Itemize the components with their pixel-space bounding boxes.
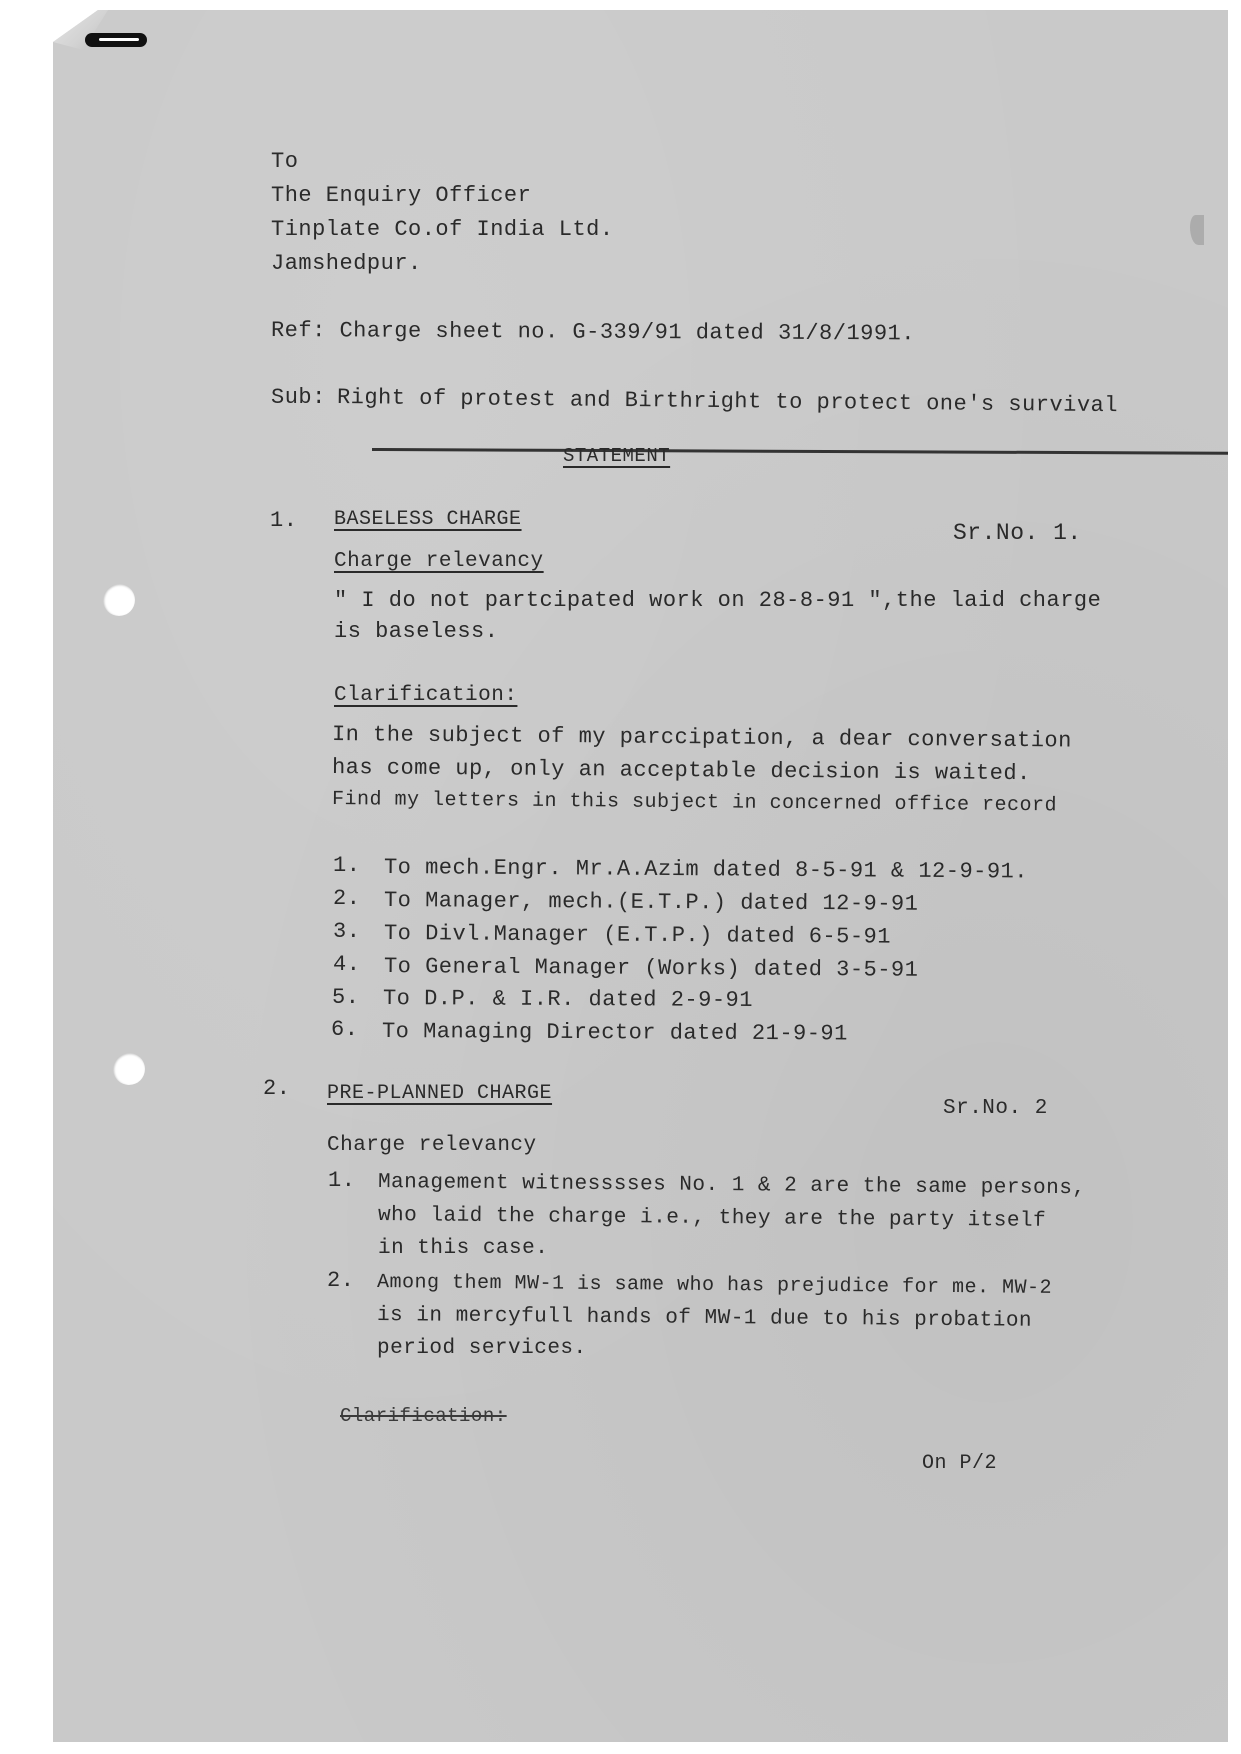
point-1-number: 1.: [328, 1168, 355, 1193]
section-1-relevancy-line-1: " I do not partcipated work on 28-8-91 "…: [334, 588, 1101, 613]
letter-item-3-number: 3.: [333, 919, 360, 944]
point-1-line-3: in this case.: [378, 1237, 548, 1260]
section-2-relevancy-label: Charge relevancy: [327, 1134, 537, 1157]
section-1-sr-no: Sr.No. 1.: [953, 520, 1082, 546]
letter-item-2-number: 2.: [333, 886, 360, 911]
letter-item-5-number: 5.: [332, 985, 359, 1010]
subject-label: Sub:: [271, 385, 326, 410]
edge-mark: [1190, 215, 1204, 245]
to-label: To: [271, 149, 298, 174]
recipient-line-2: Tinplate Co.of India Ltd.: [271, 217, 614, 242]
section-2-number: 2.: [263, 1076, 290, 1101]
recipient-line-1: The Enquiry Officer: [271, 183, 531, 208]
struck-clarification-label: Clarification:: [340, 1405, 507, 1427]
recipient-line-3: Jamshedpur.: [271, 251, 422, 276]
section-1-number: 1.: [270, 508, 297, 533]
reference-line: Ref: Charge sheet no. G-339/91 dated 31/…: [271, 318, 915, 346]
point-2-line-3: period services.: [377, 1337, 587, 1360]
continued-on-page: On P/2: [922, 1452, 997, 1475]
section-1-relevancy-line-2: is baseless.: [334, 619, 498, 644]
letter-item-1-number: 1.: [333, 853, 360, 878]
letter-item-2: To Manager, mech.(E.T.P.) dated 12-9-91: [384, 888, 919, 917]
letter-item-4: To General Manager (Works) dated 3-5-91: [384, 954, 919, 983]
punch-hole-top: [103, 584, 135, 616]
punch-hole-bottom: [113, 1053, 145, 1085]
paper-clip-icon: [85, 33, 147, 47]
letter-item-4-number: 4.: [333, 952, 360, 977]
section-1-relevancy-label: Charge relevancy: [334, 550, 544, 573]
letter-item-3: To Divl.Manager (E.T.P.) dated 6-5-91: [384, 921, 891, 950]
section-1-clarification-label: Clarification:: [334, 684, 517, 707]
section-1-title: BASELESS CHARGE: [334, 508, 522, 531]
letter-item-5: To D.P. & I.R. dated 2-9-91: [383, 986, 753, 1013]
section-2-title: PRE-PLANNED CHARGE: [327, 1082, 552, 1105]
letter-item-6: To Managing Director dated 21-9-91: [382, 1019, 848, 1046]
section-2-sr-no: Sr.No. 2: [943, 1097, 1048, 1120]
point-2-number: 2.: [327, 1268, 354, 1293]
letter-item-1: To mech.Engr. Mr.A.Azim dated 8-5-91 & 1…: [384, 855, 1028, 884]
statement-heading: STATEMENT: [563, 445, 670, 467]
letter-item-6-number: 6.: [331, 1017, 358, 1042]
